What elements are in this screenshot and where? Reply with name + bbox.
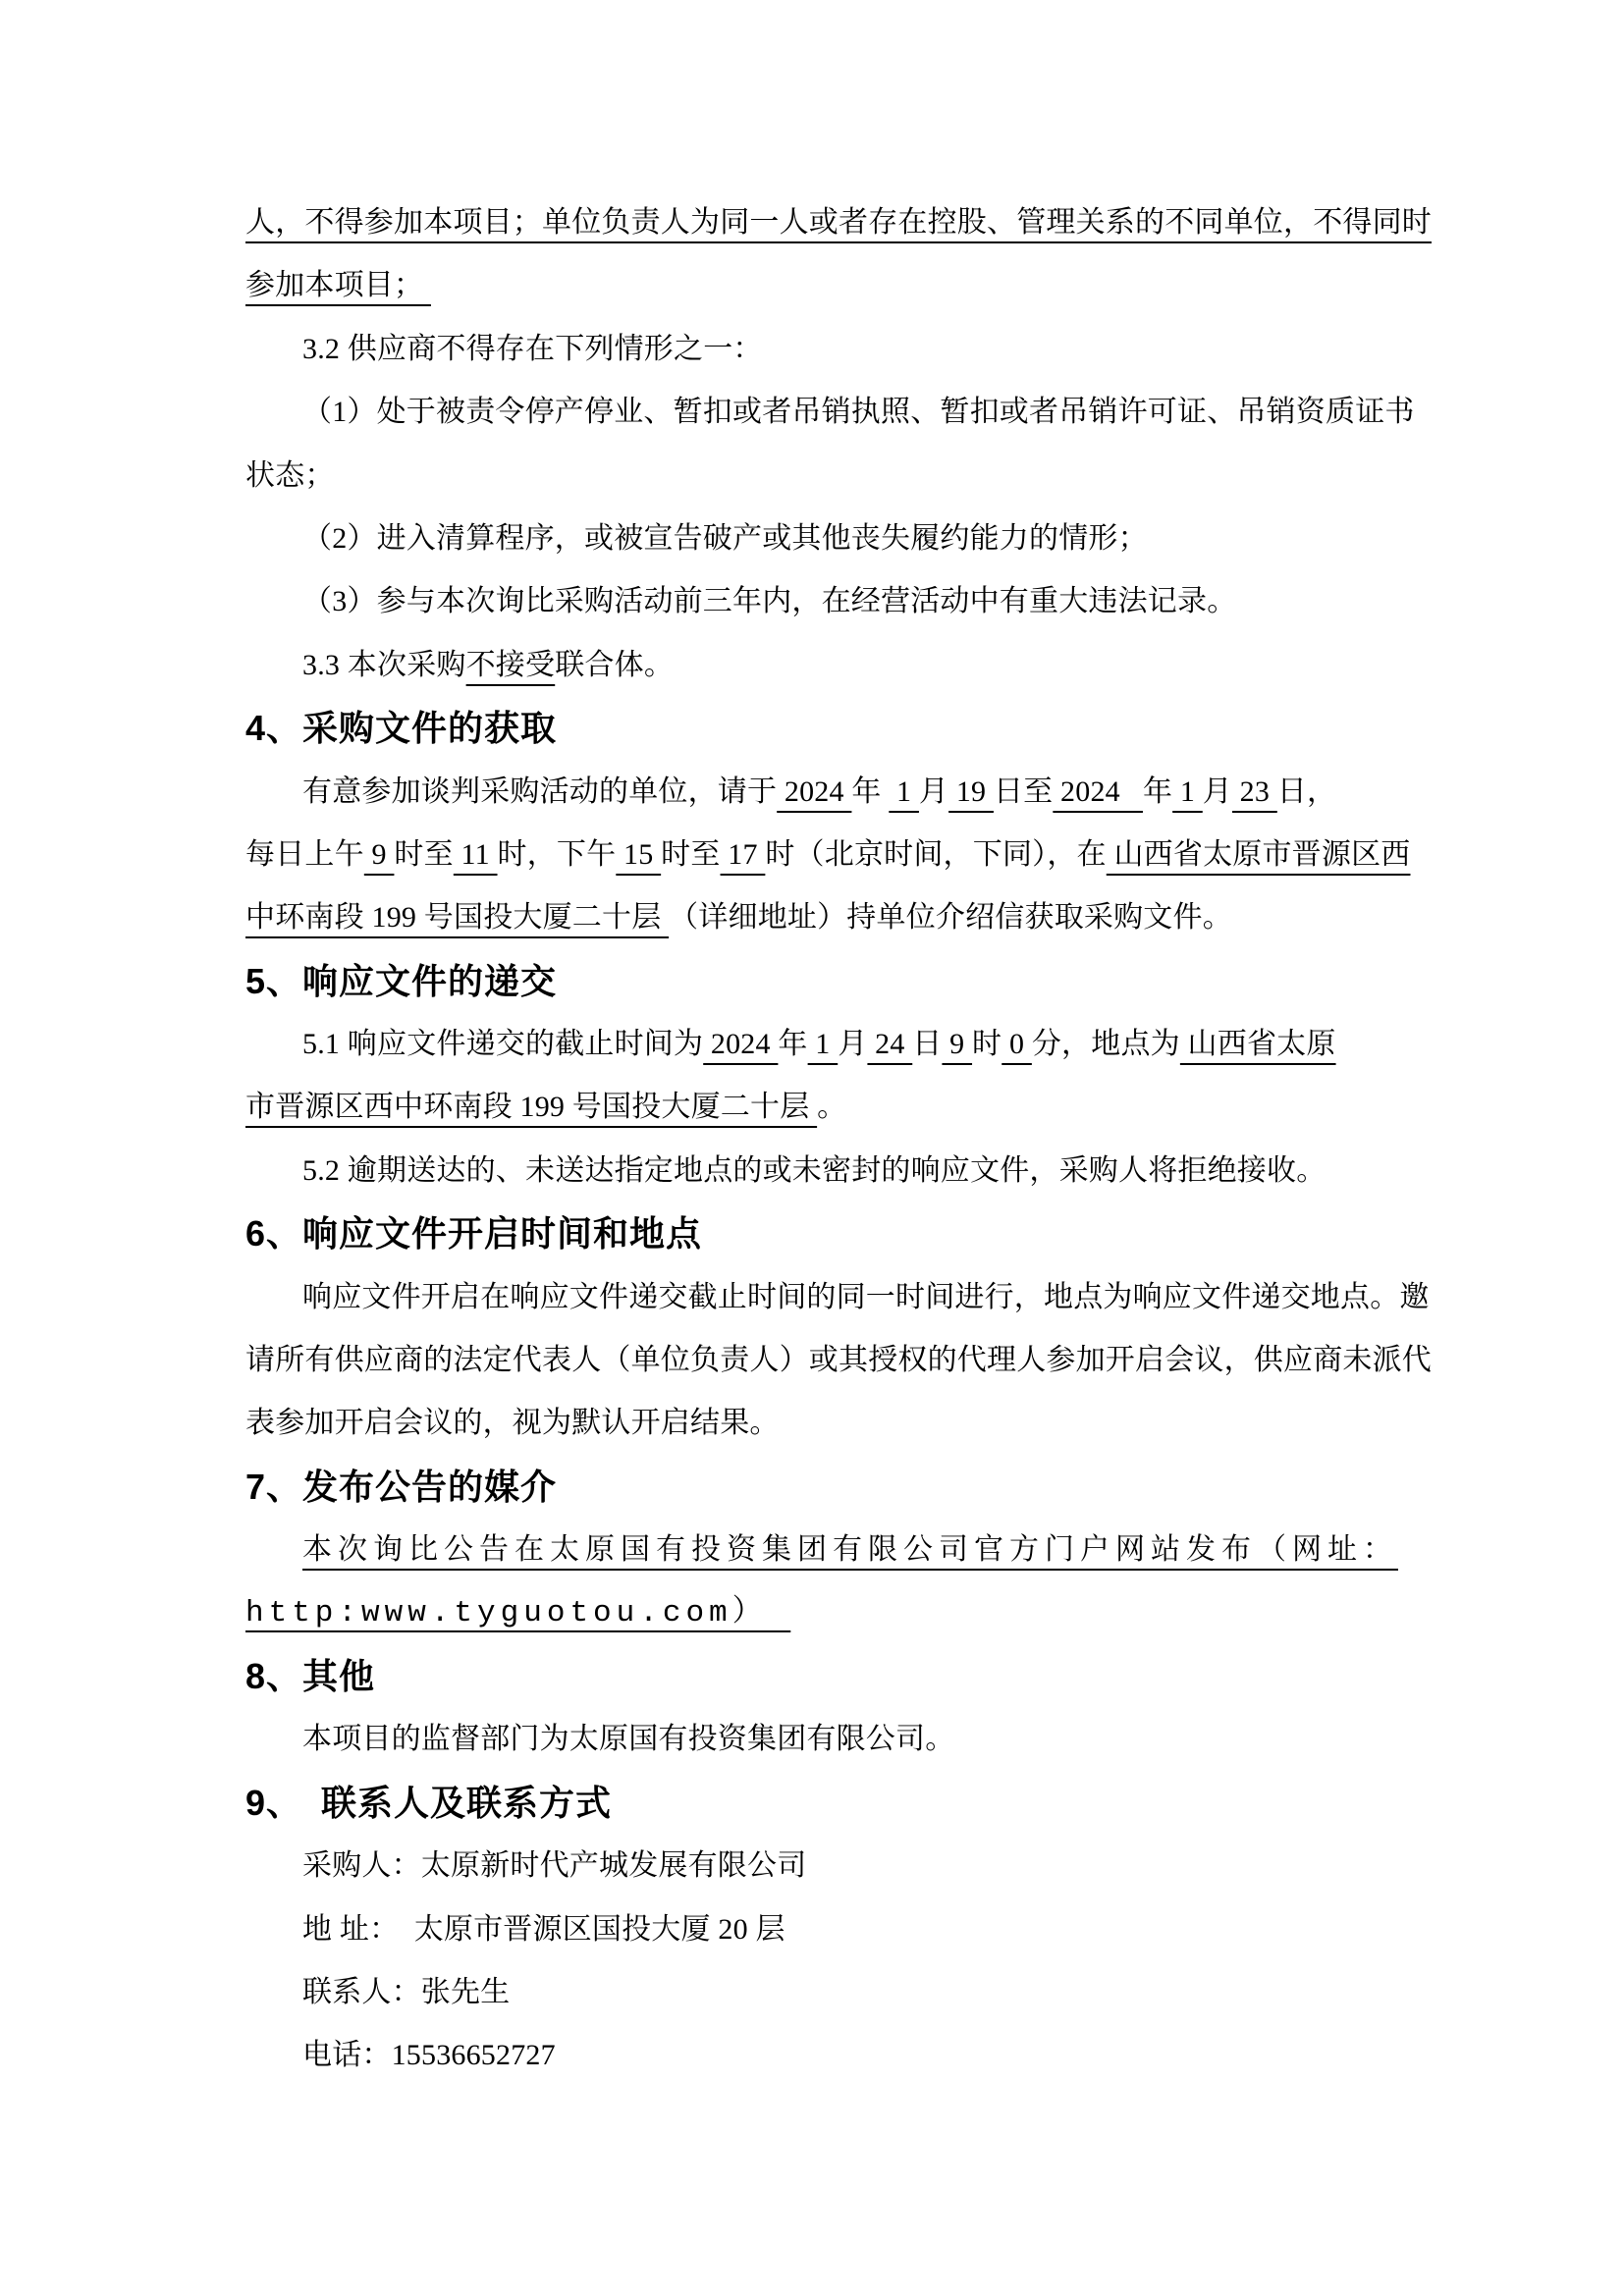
text-segment: 联合体。 <box>555 649 674 681</box>
underlined-text: 17 <box>721 838 766 871</box>
document-body: 人，不得参加本项目；单位负责人为同一人或者存在控股、管理关系的不同单位，不得同时… <box>245 191 1437 2088</box>
text-segment: 5、响应文件的递交 <box>245 961 557 1001</box>
text-line: 每日上午 9 时至 11 时，下午 15 时至 17 时（北京时间，下同），在 … <box>245 824 1437 886</box>
underlined-text: 参加本项目； <box>245 269 431 301</box>
text-segment: 日至 <box>994 775 1053 808</box>
text-line: 有意参加谈判采购活动的单位，请于 2024 年 1 月 19 日至 2024 年… <box>245 761 1437 824</box>
text-segment: （2）进入清算程序，或被宣告破产或其他丧失履约能力的情形； <box>302 522 1148 555</box>
text-line: （1）处于被责令停产停业、暂扣或者吊销执照、暂扣或者吊销许可证、吊销资质证书 <box>245 381 1437 444</box>
underlined-text: 人，不得参加本项目；单位负责人为同一人或者存在控股、管理关系的不同单位，不得同时 <box>245 206 1432 239</box>
underlined-text: 11 <box>454 838 498 871</box>
underlined-text: 1 <box>808 1028 839 1060</box>
underlined-text: 市晋源区西中环南段 199 号国投大厦二十层 <box>245 1091 817 1123</box>
text-segment: 请所有供应商的法定代表人（单位负责人）或其授权的代理人参加开启会议，供应商未派代 <box>245 1344 1432 1376</box>
text-segment: 电话：15536652727 <box>302 2039 556 2071</box>
text-segment: 日 <box>912 1028 942 1060</box>
text-segment: 8、其他 <box>245 1656 375 1696</box>
text-line: 参加本项目； <box>245 254 1437 317</box>
underlined-text: 15 <box>616 838 661 871</box>
underlined-text: 山西省太原市晋源区西 <box>1107 838 1411 871</box>
underlined-text: 23 <box>1232 775 1277 808</box>
section-heading: 4、采购文件的获取 <box>245 697 1437 760</box>
underlined-text: 24 <box>867 1028 912 1060</box>
underlined-text: 19 <box>948 775 994 808</box>
text-segment: 表参加开启会议的，视为默认开启结果。 <box>245 1407 780 1439</box>
text-segment: 分，地点为 <box>1032 1028 1180 1060</box>
text-line: 状态； <box>245 445 1437 507</box>
text-segment: 时（北京时间，下同），在 <box>765 838 1106 871</box>
text-segment: 9、 联系人及联系方式 <box>245 1783 612 1823</box>
section-heading: 6、响应文件开启时间和地点 <box>245 1202 1437 1265</box>
section-heading: 5、响应文件的递交 <box>245 950 1437 1013</box>
underlined-text: 2024 <box>1053 775 1143 808</box>
underlined-text: 山西省太原 <box>1180 1028 1336 1060</box>
text-segment: 年 <box>851 775 889 808</box>
underlined-text: 9 <box>364 838 395 871</box>
text-segment: 联系人：张先生 <box>302 1976 510 2008</box>
text-segment: 3.3 本次采购 <box>302 649 466 681</box>
text-segment: 5.1 响应文件递交的截止时间为 <box>302 1028 703 1060</box>
underlined-text: 中环南段 199 号国投大厦二十层 <box>245 901 669 934</box>
underlined-text: 1 <box>1172 775 1203 808</box>
underlined-text: 2024 <box>777 775 851 808</box>
document-page: 人，不得参加本项目；单位负责人为同一人或者存在控股、管理关系的不同单位，不得同时… <box>0 0 1624 2296</box>
text-segment: 6、响应文件开启时间和地点 <box>245 1213 702 1254</box>
underlined-text: 9 <box>942 1028 972 1060</box>
text-segment: 。 <box>817 1091 846 1123</box>
text-line: 5.1 响应文件递交的截止时间为 2024 年 1 月 24 日 9 时 0 分… <box>245 1013 1437 1076</box>
text-line: （2）进入清算程序，或被宣告破产或其他丧失履约能力的情形； <box>245 507 1437 570</box>
text-segment: 7、发布公告的媒介 <box>245 1467 557 1507</box>
underlined-text: 1 <box>889 775 919 808</box>
text-line: 中环南段 199 号国投大厦二十层 （详细地址）持单位介绍信获取采购文件。 <box>245 886 1437 949</box>
text-line: （3）参与本次询比采购活动前三年内，在经营活动中有重大违法记录。 <box>245 570 1437 633</box>
text-segment: 月 <box>919 775 948 808</box>
text-segment: 状态； <box>245 459 335 492</box>
text-line: 联系人：张先生 <box>245 1961 1437 2024</box>
text-segment: 月 <box>838 1028 867 1060</box>
text-segment: （3）参与本次询比采购活动前三年内，在经营活动中有重大违法记录。 <box>302 585 1236 617</box>
text-segment: 响应文件开启在响应文件递交截止时间的同一时间进行，地点为响应文件递交地点。邀 <box>302 1281 1430 1313</box>
text-line: 采购人：太原新时代产城发展有限公司 <box>245 1835 1437 1897</box>
section-heading: 8、其他 <box>245 1645 1437 1708</box>
text-segment: （详细地址）持单位介绍信获取采购文件。 <box>669 901 1232 934</box>
text-segment: 时，下午 <box>498 838 617 871</box>
text-segment: 本项目的监督部门为太原国有投资集团有限公司。 <box>302 1723 954 1755</box>
underlined-text: http:www.tyguotou.com） <box>245 1596 790 1630</box>
text-segment: 年 <box>1143 775 1172 808</box>
text-line: 3.3 本次采购不接受联合体。 <box>245 634 1437 697</box>
text-line: 本项目的监督部门为太原国有投资集团有限公司。 <box>245 1708 1437 1771</box>
underlined-text: 本次询比公告在太原国有投资集团有限公司官方门户网站发布（网址： <box>302 1533 1398 1566</box>
text-line: 电话：15536652727 <box>245 2024 1437 2087</box>
text-segment: 时至 <box>394 838 453 871</box>
text-segment: 5.2 逾期送达的、未送达指定地点的或未密封的响应文件，采购人将拒绝接收。 <box>302 1154 1326 1187</box>
text-line: 请所有供应商的法定代表人（单位负责人）或其授权的代理人参加开启会议，供应商未派代 <box>245 1329 1437 1392</box>
text-line: 表参加开启会议的，视为默认开启结果。 <box>245 1392 1437 1455</box>
text-segment: 每日上午 <box>245 838 364 871</box>
text-line: 本次询比公告在太原国有投资集团有限公司官方门户网站发布（网址： <box>245 1519 1437 1581</box>
underlined-text: 0 <box>1001 1028 1032 1060</box>
text-line: 人，不得参加本项目；单位负责人为同一人或者存在控股、管理关系的不同单位，不得同时 <box>245 191 1437 254</box>
text-line: 5.2 逾期送达的、未送达指定地点的或未密封的响应文件，采购人将拒绝接收。 <box>245 1140 1437 1202</box>
text-segment: 地 址： 太原市晋源区国投大厦 20 层 <box>302 1913 785 1946</box>
text-segment: 4、采购文件的获取 <box>245 708 557 748</box>
text-segment: 采购人：太原新时代产城发展有限公司 <box>302 1849 806 1882</box>
text-line: 市晋源区西中环南段 199 号国投大厦二十层 。 <box>245 1076 1437 1139</box>
underlined-text: 2024 <box>703 1028 778 1060</box>
text-segment: 年 <box>778 1028 807 1060</box>
text-line: 响应文件开启在响应文件递交截止时间的同一时间进行，地点为响应文件递交地点。邀 <box>245 1266 1437 1329</box>
text-segment: （1）处于被责令停产停业、暂扣或者吊销执照、暂扣或者吊销许可证、吊销资质证书 <box>302 396 1415 428</box>
section-heading: 9、 联系人及联系方式 <box>245 1772 1437 1835</box>
text-segment: 有意参加谈判采购活动的单位，请于 <box>302 775 777 808</box>
text-segment: 时至 <box>661 838 720 871</box>
text-line: 3.2 供应商不得存在下列情形之一： <box>245 318 1437 381</box>
text-segment: 时 <box>972 1028 1001 1060</box>
section-heading: 7、发布公告的媒介 <box>245 1456 1437 1519</box>
text-segment: 日， <box>1277 775 1336 808</box>
text-line: 地 址： 太原市晋源区国投大厦 20 层 <box>245 1898 1437 1961</box>
text-segment: 3.2 供应商不得存在下列情形之一： <box>302 333 763 365</box>
underlined-text: 不接受 <box>466 649 556 681</box>
text-line: http:www.tyguotou.com） <box>245 1582 1437 1645</box>
text-segment: 月 <box>1203 775 1232 808</box>
